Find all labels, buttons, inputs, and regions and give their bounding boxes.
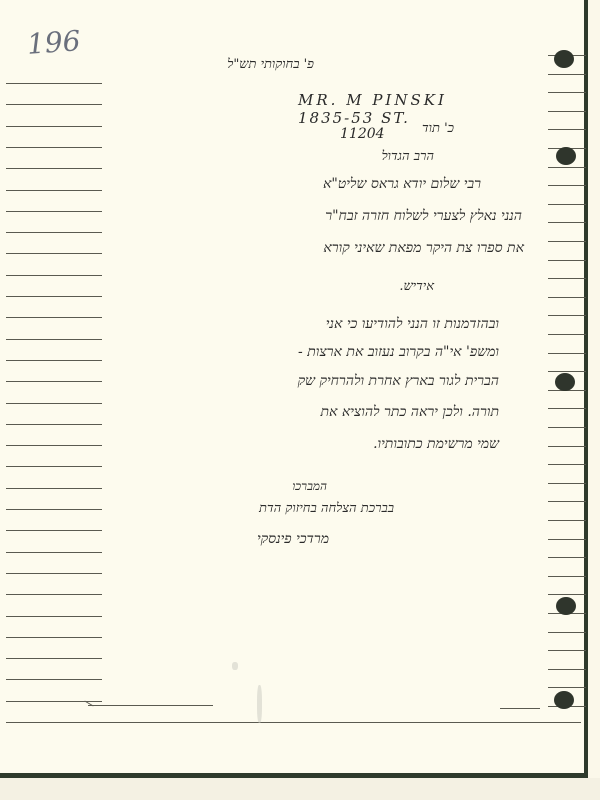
rule-line bbox=[6, 403, 102, 404]
rule-line bbox=[548, 408, 586, 409]
body-line: תורה. ולכן יראה כתר להוציא את bbox=[320, 404, 499, 421]
rule-line bbox=[6, 658, 102, 659]
rule-line bbox=[548, 669, 586, 670]
ink-smudge bbox=[257, 685, 262, 723]
rule-line bbox=[6, 317, 102, 318]
body-line: הנני נאלץ לצערי לשלוח חזרה זבח"ר bbox=[325, 208, 522, 225]
memo-sheet: 196 פ' בחוקותי תש"ל MR. M PINSKI 1835-53… bbox=[0, 0, 588, 778]
rule-line bbox=[548, 92, 586, 93]
rule-line bbox=[548, 632, 586, 633]
divider-line bbox=[500, 708, 540, 709]
underlying-page bbox=[0, 778, 600, 800]
rule-line bbox=[548, 483, 586, 484]
rule-line bbox=[548, 167, 586, 168]
rule-line bbox=[548, 446, 586, 447]
rule-line bbox=[548, 222, 586, 223]
rule-line bbox=[548, 501, 586, 502]
body-line: הברית לגור בארץ אחרת ולהרחיק שק bbox=[298, 373, 499, 390]
rule-line bbox=[6, 424, 102, 425]
rule-line bbox=[6, 722, 581, 723]
body-line: רבי שלום יודא גראס שליט"א bbox=[323, 176, 481, 193]
punch-hole bbox=[554, 50, 574, 68]
rule-line bbox=[548, 111, 586, 112]
rule-line bbox=[6, 168, 102, 169]
body-line: ומשפ' אי"ה בקרוב נעזוב את ארצות - bbox=[298, 344, 499, 361]
sender-zip: 11204 bbox=[340, 126, 385, 142]
ink-smudge bbox=[232, 662, 238, 670]
punch-hole bbox=[556, 597, 576, 615]
rule-line bbox=[548, 576, 586, 577]
rule-line bbox=[548, 315, 586, 316]
rule-line bbox=[6, 275, 102, 276]
body-line: ובהזדמנות זו הנני להודיעו כי אני bbox=[326, 316, 499, 333]
rule-line bbox=[6, 381, 102, 382]
rule-line bbox=[548, 185, 586, 186]
rule-line bbox=[6, 594, 102, 595]
rule-line bbox=[548, 371, 586, 372]
rule-line bbox=[548, 427, 586, 428]
rule-line bbox=[6, 530, 102, 531]
rule-line bbox=[548, 464, 586, 465]
rule-line bbox=[548, 650, 586, 651]
rule-line bbox=[6, 232, 102, 233]
punch-hole bbox=[554, 691, 574, 709]
divider-line bbox=[88, 705, 213, 706]
rule-line bbox=[548, 539, 586, 540]
rule-line bbox=[548, 241, 586, 242]
date-marker: כ' תוד bbox=[422, 120, 454, 136]
rule-line bbox=[6, 552, 102, 553]
rule-line bbox=[548, 278, 586, 279]
rule-line bbox=[548, 260, 586, 261]
rule-line bbox=[6, 104, 102, 105]
rule-line bbox=[6, 488, 102, 489]
rule-line bbox=[6, 573, 102, 574]
sender-name: MR. M PINSKI bbox=[298, 91, 447, 109]
signature: מרדכי פינסקי bbox=[257, 531, 329, 548]
rule-line bbox=[6, 466, 102, 467]
sender-street: 1835-53 ST. bbox=[298, 109, 410, 127]
rule-line bbox=[548, 297, 586, 298]
rule-line bbox=[6, 679, 102, 680]
page-number: 196 bbox=[26, 24, 82, 61]
body-line: אידיש. bbox=[399, 278, 434, 294]
rule-line bbox=[548, 520, 586, 521]
punch-hole bbox=[555, 373, 575, 391]
closing: המברכו bbox=[292, 479, 327, 494]
rule-line bbox=[6, 296, 102, 297]
rule-line bbox=[6, 445, 102, 446]
rule-line bbox=[6, 616, 102, 617]
body-line: שמי מרשימת כתובותיו. bbox=[373, 436, 499, 453]
rule-line bbox=[6, 339, 102, 340]
rule-line bbox=[548, 74, 586, 75]
rule-line bbox=[6, 147, 102, 148]
rule-line bbox=[6, 83, 102, 84]
body-line: את ספרו צת היקר מפאת שאיני קורא bbox=[323, 240, 524, 257]
rule-line bbox=[6, 190, 102, 191]
rule-line bbox=[6, 509, 102, 510]
rule-line bbox=[548, 557, 586, 558]
rule-line bbox=[548, 687, 586, 688]
rule-line bbox=[6, 211, 102, 212]
salutation: הרב הגדול bbox=[382, 148, 434, 164]
rule-line bbox=[548, 594, 586, 595]
header-line: פ' בחוקותי תש"ל bbox=[227, 56, 314, 72]
rule-line bbox=[6, 126, 102, 127]
rule-line bbox=[548, 353, 586, 354]
rule-line bbox=[548, 129, 586, 130]
rule-line bbox=[6, 360, 102, 361]
rule-line bbox=[6, 637, 102, 638]
rule-line bbox=[548, 334, 586, 335]
closing-line: בברכת הצלחה בחיזוק הדת bbox=[259, 500, 394, 516]
punch-hole bbox=[556, 147, 576, 165]
rule-line bbox=[548, 204, 586, 205]
rule-line bbox=[6, 253, 102, 254]
